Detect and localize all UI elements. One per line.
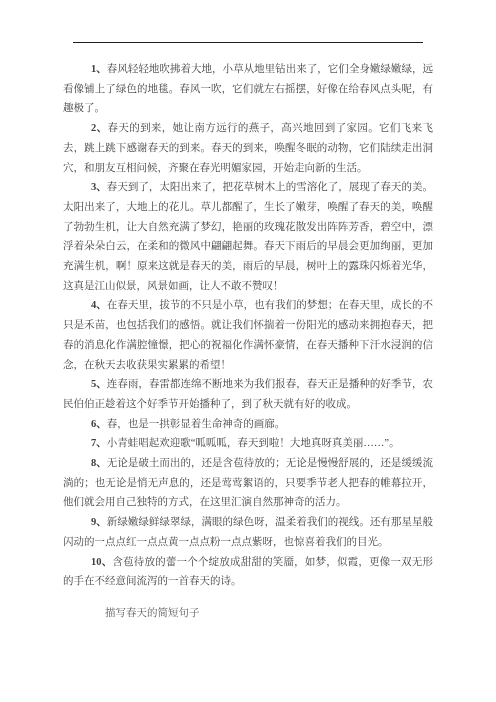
paragraph-7-number: 7、 [91,438,107,449]
paragraph-4: 4、在春天里，拔节的不只是小草，也有我们的梦想；在春天里，成长的不只是禾苗，也包… [63,296,433,375]
paragraph-1: 1、春风轻轻地吹拂着大地，小草从地里钻出来了，它们全身嫩绿嫩绿，远看像铺上了绿色… [63,60,433,119]
paragraph-10-text: 含苞待放的蕾一个个绽放成甜甜的笑靥，如梦，似霞，更像一双无形的手在不经意间流泻的… [63,557,433,588]
paragraph-5-text: 连春雨，春雷都连绵不断地来为我们报春，春天正是播种的好季节，农民伯伯正趁着这个好… [63,379,433,410]
paragraph-6-text: 春，也是一拱彰显着生命神奇的画廊。 [107,419,286,430]
paragraph-1-number: 1、 [91,64,107,75]
paragraph-6-number: 6、 [91,419,107,430]
paragraph-6: 6、春，也是一拱彰显着生命神奇的画廊。 [63,415,433,435]
page-top-rule [73,42,423,43]
paragraph-1-text: 春风轻轻地吹拂着大地，小草从地里钻出来了，它们全身嫩绿嫩绿，远看像铺上了绿色的地… [63,64,433,114]
paragraph-10: 10、含苞待放的蕾一个个绽放成甜甜的笑靥，如梦，似霞，更像一双无形的手在不经意间… [63,553,433,592]
paragraph-3-number: 3、 [91,182,107,193]
paragraph-2: 2、春天的到来，她让南方远行的燕子，高兴地回到了家园。它们飞来飞去，跳上跳下感谢… [63,119,433,178]
paragraph-4-number: 4、 [91,300,107,311]
paragraph-2-text: 春天的到来，她让南方远行的燕子，高兴地回到了家园。它们飞来飞去，跳上跳下感谢春天… [63,123,433,173]
paragraph-7: 7、小青蛙唱起欢迎歌“呱呱呱，春天到啦！大地真呀真美丽……”。 [63,434,433,454]
document-content: 1、春风轻轻地吹拂着大地，小草从地里钻出来了，它们全身嫩绿嫩绿，远看像铺上了绿色… [63,60,433,624]
footer-heading: 描写春天的简短句子 [63,604,433,624]
paragraph-2-number: 2、 [91,123,107,134]
paragraph-4-text: 在春天里，拔节的不只是小草，也有我们的梦想；在春天里，成长的不只是禾苗，也包括我… [63,300,433,370]
paragraph-5-number: 5、 [91,379,107,390]
paragraph-9: 9、新绿嫩绿鲜绿翠绿，满眼的绿色呀，温柔着我们的视线。还有那星星般闪动的一点点红… [63,513,433,552]
paragraph-10-number: 10、 [91,557,112,568]
paragraph-9-text: 新绿嫩绿鲜绿翠绿，满眼的绿色呀，温柔着我们的视线。还有那星星般闪动的一点点红一点… [63,517,433,548]
paragraph-8-number: 8、 [91,458,107,469]
paragraph-3: 3、春天到了，太阳出来了，把花草树木上的雪溶化了，展现了春天的美。太阳出来了，大… [63,178,433,296]
paragraph-8-text: 无论是破土而出的，还是含苞待放的；无论是慢慢舒展的，还是缓缓流淌的；也无论是悄无… [63,458,433,508]
paragraph-9-number: 9、 [91,517,107,528]
paragraph-3-text: 春天到了，太阳出来了，把花草树木上的雪溶化了，展现了春天的美。太阳出来了，大地上… [63,182,433,292]
document-page: 1、春风轻轻地吹拂着大地，小草从地里钻出来了，它们全身嫩绿嫩绿，远看像铺上了绿色… [0,0,496,702]
paragraph-5: 5、连春雨，春雷都连绵不断地来为我们报春，春天正是播种的好季节，农民伯伯正趁着这… [63,375,433,414]
paragraph-8: 8、无论是破土而出的，还是含苞待放的；无论是慢慢舒展的，还是缓缓流淌的；也无论是… [63,454,433,513]
paragraph-7-text: 小青蛙唱起欢迎歌“呱呱呱，春天到啦！大地真呀真美丽……”。 [107,438,400,449]
